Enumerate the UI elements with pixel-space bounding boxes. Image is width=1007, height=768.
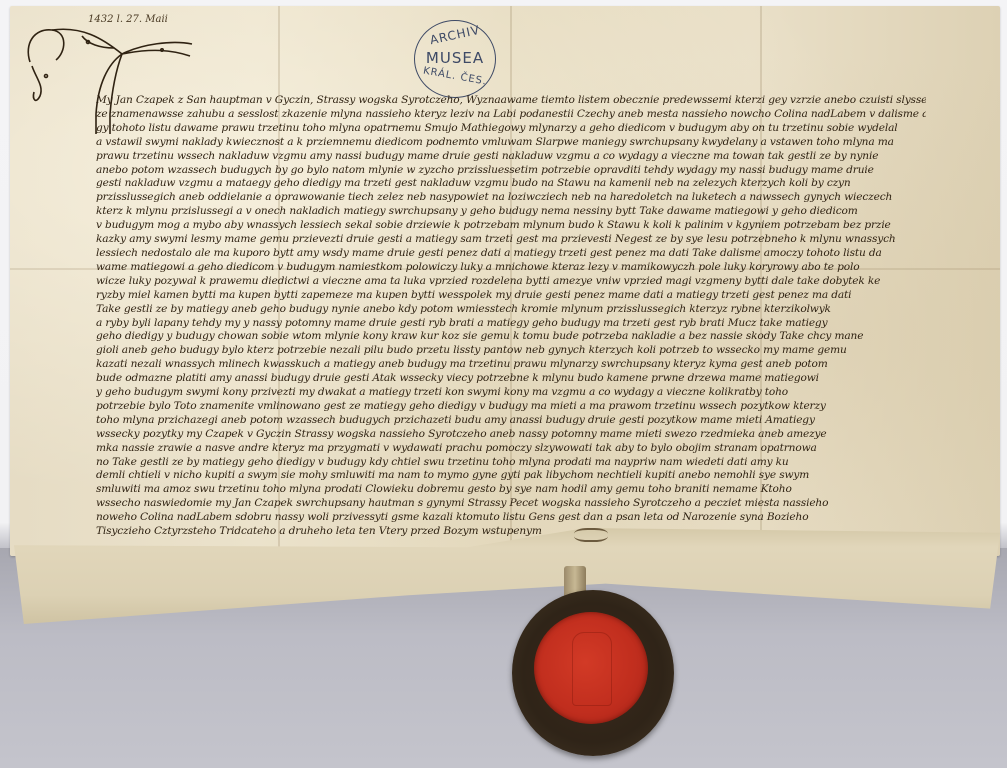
text-line: lessiech nedostalo ale ma kuporo bytt am… [96, 247, 926, 261]
stamp-line-3: KRÁL. ČES. [415, 64, 496, 89]
text-line: geho diedigy y budugy chowan sobie wtom … [96, 330, 926, 344]
text-line: wssecky pozytky my Czapek v Gyczin Stras… [96, 428, 926, 442]
text-line: gy tohoto listu dawame prawu trzetinu to… [96, 122, 926, 136]
stamp-line-2: MUSEA [415, 49, 495, 67]
text-line: gesti nakladuw vzgmu a mataegy geho died… [96, 177, 926, 191]
seal-relief-icon [572, 632, 612, 706]
text-line: a vstawil swymi naklady kwiecznost a k p… [96, 136, 926, 150]
text-line: bude odmazne platiti amy anassi budugy d… [96, 372, 926, 386]
text-line: v budugym mog a mybo aby wnassych lessie… [96, 219, 926, 233]
text-line: smluwiti ma amoz swu trzetinu toho mlyna… [96, 483, 926, 497]
text-line: wame matiegowi a geho diedicom v budugym… [96, 261, 926, 275]
text-line: kazky amy swymi lesmy mame gemu przievez… [96, 233, 926, 247]
charter-text: My Jan Czapek z San hauptman v Gyczin, S… [96, 94, 926, 539]
text-line: Take gestli ze by matiegy aneb geho budu… [96, 303, 926, 317]
text-line: My Jan Czapek z San hauptman v Gyczin, S… [96, 94, 926, 108]
archive-stamp: ARCHIV MUSEA KRÁL. ČES. [414, 20, 496, 98]
text-line: y geho budugym swymi kony przivezti my d… [96, 386, 926, 400]
text-line: prawu trzetinu wssech nakladuw vzgmu amy… [96, 150, 926, 164]
text-line: gioli aneb geho budugy bylo kterz potrze… [96, 344, 926, 358]
text-line: kterz k mlynu przislussegi a v onech nak… [96, 205, 926, 219]
text-line: ze znamenawsse zahubu a sesslost zkazeni… [96, 108, 926, 122]
text-line: noweho Colina nadLabem sdobru nassy woli… [96, 511, 926, 525]
text-line: wicze luky pozywal k prawemu diedictwi a… [96, 275, 926, 289]
text-line: Tisyczieho Cztyrzsteho Tridcateho a druh… [96, 525, 926, 539]
text-line: demli chtieli v nicho kupiti a swym sie … [96, 469, 926, 483]
text-line: mka nassie zrawie a nasve andre kteryz m… [96, 442, 926, 456]
text-line: kazati nezali wnassych mlinech kwasskuch… [96, 358, 926, 372]
text-line: potrzebie bylo Toto znamenite vmlinowano… [96, 400, 926, 414]
text-line: no Take gestli ze by matiegy geho diedig… [96, 456, 926, 470]
text-line: przisslussegich aneb oddielanie a oprawo… [96, 191, 926, 205]
text-line: ryzby miel kamen bytti ma kupen bytti za… [96, 289, 926, 303]
text-line: wssecho naswiedomie my Jan Czapek swrchu… [96, 497, 926, 511]
text-line: a ryby byli lapany tehdy my y nassy poto… [96, 317, 926, 331]
text-line: anebo potom wzassech budugych by go bylo… [96, 164, 926, 178]
text-line: toho mlyna przichazegi aneb potom wzasse… [96, 414, 926, 428]
